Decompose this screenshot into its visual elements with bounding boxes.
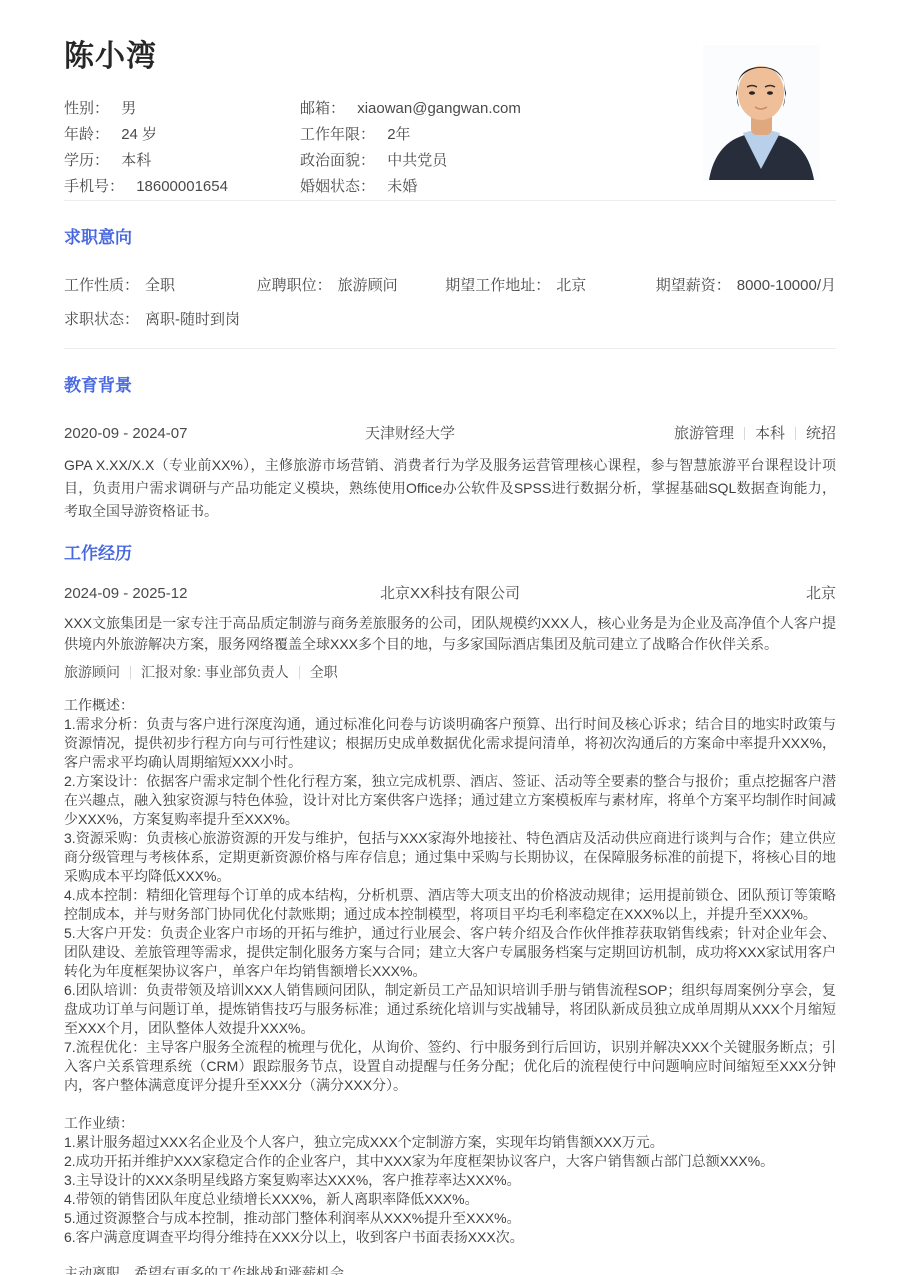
- pipe-separator: [795, 427, 796, 440]
- education-degree: 本科: [755, 425, 785, 442]
- intent-value: 全职: [145, 277, 175, 294]
- field-label: 政治面貌：: [300, 152, 375, 169]
- intent-salary: 期望薪资：8000-10000/月: [656, 276, 836, 296]
- work-overview-item: 6.团队培训：负责带领及培训XXX人销售顾问团队，制定新员工产品知识培训手册与销…: [64, 981, 836, 1038]
- work-overview-block: 工作概述： 1.需求分析：负责与客户进行深度沟通，通过标准化问卷与访谈明确客户预…: [64, 696, 836, 1095]
- job-intent-row-1: 工作性质：全职 应聘职位：旅游顾问 期望工作地址：北京 期望薪资：8000-10…: [64, 276, 836, 296]
- intent-value: 8000-10000/月: [737, 277, 836, 294]
- work-achievement-item: 3.主导设计的XXX条明星线路方案复购率达XXX%，客户推荐率达XXX%。: [64, 1171, 836, 1190]
- field-label: 婚姻状态：: [300, 178, 375, 195]
- field-value: 男: [121, 100, 136, 117]
- pipe-separator: [130, 666, 131, 679]
- pipe-separator: [299, 666, 300, 679]
- field-value: 中共党员: [387, 152, 447, 169]
- intent-value: 离职-随时到岗: [145, 311, 240, 328]
- leave-reason: 主动离职，希望有更多的工作挑战和涨薪机会: [64, 1264, 836, 1275]
- education-period: 2020-09 - 2024-07: [64, 424, 264, 444]
- field-education: 学历： 本科: [64, 148, 300, 174]
- section-divider: [64, 348, 836, 349]
- intent-value: 北京: [556, 277, 586, 294]
- work-overview-item: 1.需求分析：负责与客户进行深度沟通，通过标准化问卷与访谈明确客户预算、出行时间…: [64, 715, 836, 772]
- intent-value: 旅游顾问: [338, 277, 398, 294]
- education-major: 旅游管理: [674, 425, 734, 442]
- work-position: 旅游顾问: [64, 664, 120, 680]
- field-value: 本科: [121, 152, 151, 169]
- intent-label: 期望薪资：: [656, 277, 731, 294]
- intent-work-type: 工作性质：全职: [64, 276, 257, 296]
- work-overview-label: 工作概述：: [64, 696, 836, 715]
- intent-label: 应聘职位：: [257, 277, 332, 294]
- work-period: 2024-09 - 2025-12: [64, 584, 264, 604]
- field-value: 未婚: [387, 178, 417, 195]
- work-achievement-item: 4.带领的销售团队年度总业绩增长XXX%，新人离职率降低XXX%。: [64, 1190, 836, 1209]
- work-overview-item: 3.资源采购：负责核心旅游资源的开发与维护，包括与XXX家海外地接社、特色酒店及…: [64, 829, 836, 886]
- field-age: 年龄： 24 岁: [64, 122, 300, 148]
- work-location: 北京: [636, 584, 836, 604]
- work-achievement-item: 2.成功开拓并维护XXX家稳定合作的企业客户，其中XXX家为年度框架协议客户，大…: [64, 1152, 836, 1171]
- work-overview-item: 7.流程优化：主导客户服务全流程的梳理与优化，从询价、签约、行中服务到行后回访，…: [64, 1038, 836, 1095]
- section-title-work: 工作经历: [64, 543, 836, 564]
- work-role-line: 旅游顾问汇报对象: 事业部负责人全职: [64, 663, 836, 682]
- field-label: 邮箱：: [300, 100, 345, 117]
- section-title-job-intent: 求职意向: [64, 227, 836, 248]
- profile-photo: [703, 45, 820, 180]
- resume-header: 陈小湾 性别： 男: [64, 40, 836, 200]
- field-value: 2年: [387, 126, 410, 143]
- job-intent-row-2: 求职状态：离职-随时到岗: [64, 310, 836, 330]
- field-value: 18600001654: [136, 178, 228, 195]
- work-report-to: 汇报对象: 事业部负责人: [141, 664, 289, 680]
- field-value: xiaowan@gangwan.com: [357, 100, 521, 117]
- field-label: 性别：: [64, 100, 109, 117]
- education-school: 天津财经大学: [264, 424, 556, 444]
- work-achievement-item: 5.通过资源整合与成本控制，推动部门整体利润率从XXX%提升至XXX%。: [64, 1209, 836, 1228]
- section-divider: [64, 200, 836, 201]
- section-title-education: 教育背景: [64, 375, 836, 396]
- education-description: GPA X.XX/X.X（专业前XX%），主修旅游市场营销、消费者行为学及服务运…: [64, 454, 836, 523]
- work-achievement-item: 1.累计服务超过XXX名企业及个人客户，独立完成XXX个定制游方案，实现年均销售…: [64, 1133, 836, 1152]
- work-overview-item: 5.大客户开发：负责企业客户市场的开拓与维护，通过行业展会、客户转介绍及合作伙伴…: [64, 924, 836, 981]
- company-intro: XXX文旅集团是一家专注于高品质定制游与商务差旅服务的公司，团队规模约XXX人，…: [64, 613, 836, 655]
- intent-location: 期望工作地址：北京: [445, 276, 655, 296]
- header-fields-left: 性别： 男 年龄： 24 岁 学历： 本科 手机号： 18600001654: [64, 96, 300, 200]
- work-company: 北京XX科技有限公司: [264, 584, 636, 604]
- work-entry-row: 2024-09 - 2025-12 北京XX科技有限公司 北京: [64, 584, 836, 604]
- field-label: 年龄：: [64, 126, 109, 143]
- intent-position: 应聘职位：旅游顾问: [257, 276, 446, 296]
- field-gender: 性别： 男: [64, 96, 300, 122]
- education-entry-row: 2020-09 - 2024-07 天津财经大学 旅游管理本科统招: [64, 424, 836, 444]
- field-label: 工作年限：: [300, 126, 375, 143]
- field-value: 24 岁: [121, 126, 157, 143]
- work-achievements-block: 工作业绩： 1.累计服务超过XXX名企业及个人客户，独立完成XXX个定制游方案，…: [64, 1114, 836, 1247]
- work-employment-type: 全职: [310, 664, 338, 680]
- work-achievements-label: 工作业绩：: [64, 1114, 836, 1133]
- field-label: 手机号：: [64, 178, 124, 195]
- work-overview-item: 2.方案设计：依据客户需求定制个性化行程方案，独立完成机票、酒店、签证、活动等全…: [64, 772, 836, 829]
- field-phone: 手机号： 18600001654: [64, 174, 300, 200]
- education-admission: 统招: [806, 425, 836, 442]
- intent-status: 求职状态：离职-随时到岗: [64, 310, 240, 330]
- portrait-illustration: [703, 45, 820, 180]
- work-achievement-item: 6.客户满意度调查平均得分维持在XXX分以上，收到客户书面表扬XXX次。: [64, 1228, 836, 1247]
- work-overview-item: 4.成本控制：精细化管理每个订单的成本结构，分析机票、酒店等大项支出的价格波动规…: [64, 886, 836, 924]
- field-label: 学历：: [64, 152, 109, 169]
- resume-page: 陈小湾 性别： 男: [0, 0, 900, 1275]
- intent-label: 期望工作地址：: [445, 277, 550, 294]
- intent-label: 求职状态：: [64, 311, 139, 328]
- pipe-separator: [744, 427, 745, 440]
- education-meta: 旅游管理本科统招: [556, 424, 836, 444]
- intent-label: 工作性质：: [64, 277, 139, 294]
